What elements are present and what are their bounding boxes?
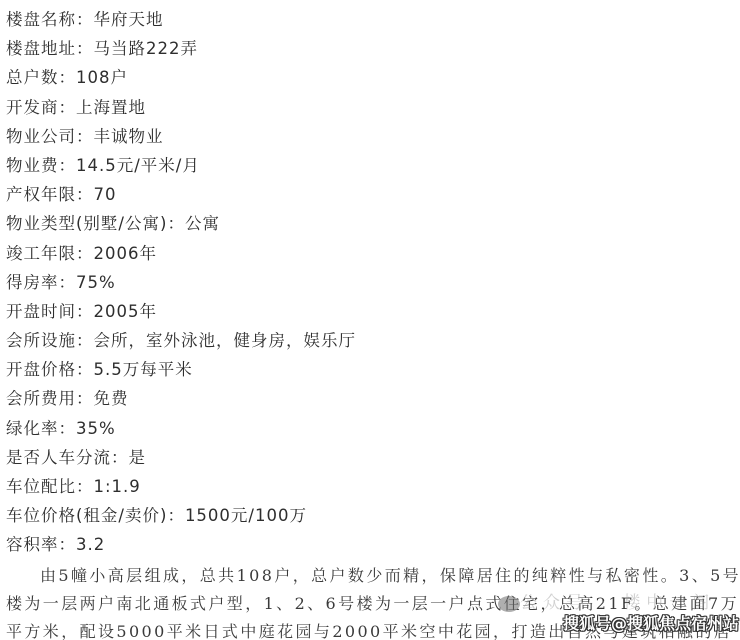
info-row-plot-ratio: 容积率3.2: [6, 530, 356, 559]
description-paragraph: 由5幢小高层组成，总共108户，总户数少而精，保障居住的纯粹性与私密性。3、5号…: [6, 562, 726, 640]
info-label: 楼盘地址: [6, 39, 94, 58]
info-label: 车位价格(租金/卖价): [6, 506, 185, 525]
info-row-clubhouse-fee: 会所费用免费: [6, 384, 356, 413]
info-row-parking-price: 车位价格(租金/卖价)1500元/100万: [6, 501, 356, 530]
info-row-developer: 开发商上海置地: [6, 93, 356, 122]
info-value: 公寓: [185, 214, 220, 233]
info-row-launch-price: 开盘价格5.5万每平米: [6, 355, 356, 384]
info-label: 产权年限: [6, 185, 94, 204]
info-row-property-type: 物业类型(别墅/公寓)公寓: [6, 209, 356, 238]
info-value: 3.2: [76, 535, 105, 554]
info-value: 免费: [94, 389, 129, 408]
info-value: 2006年: [94, 244, 158, 263]
info-label: 物业公司: [6, 127, 94, 146]
info-label: 物业类型(别墅/公寓): [6, 214, 185, 233]
info-row-property-fee: 物业费14.5元/平米/月: [6, 151, 356, 180]
info-row-households: 总户数108户: [6, 63, 356, 92]
description-line: 由5幢小高层组成，总共108户，总户数少而精，保障居住的纯粹性与私密性。3、5号: [6, 562, 726, 590]
info-row-efficiency: 得房率75%: [6, 268, 356, 297]
info-row-tenure: 产权年限70: [6, 180, 356, 209]
info-row-name: 楼盘名称华府天地: [6, 5, 356, 34]
info-value: 14.5元/平米/月: [76, 156, 200, 175]
info-label: 会所设施: [6, 331, 94, 350]
info-value: 2005年: [94, 302, 158, 321]
info-value: 70: [94, 185, 117, 204]
info-row-property-company: 物业公司丰诚物业: [6, 122, 356, 151]
info-row-clubhouse: 会所设施会所，室外泳池，健身房，娱乐厅: [6, 326, 356, 355]
description-line: 平方米，配设5000平米日式中庭花园与2000平米空中花园，打造出自然与建筑相融…: [6, 618, 726, 640]
info-label: 开发商: [6, 98, 76, 117]
info-label: 竣工年限: [6, 244, 94, 263]
info-row-parking-ratio: 车位配比1:1.9: [6, 472, 356, 501]
info-label: 容积率: [6, 535, 76, 554]
info-value: 1500元/100万: [185, 506, 307, 525]
info-value: 5.5万每平米: [94, 360, 193, 379]
info-row-green-ratio: 绿化率35%: [6, 414, 356, 443]
info-label: 绿化率: [6, 419, 76, 438]
info-value: 1:1.9: [94, 477, 141, 496]
info-label: 是否人车分流: [6, 448, 129, 467]
info-value: 是: [129, 448, 147, 467]
description-line: 楼为一层两户南北通板式户型，1、2、6号楼为一层一户点式住宅，总高21F。总建面…: [6, 590, 726, 618]
info-row-launch-time: 开盘时间2005年: [6, 297, 356, 326]
info-value: 35%: [76, 419, 116, 438]
watermark-logo-icon: [498, 596, 520, 612]
info-row-address: 楼盘地址马当路222弄: [6, 34, 356, 63]
info-label: 楼盘名称: [6, 10, 94, 29]
info-label: 物业费: [6, 156, 76, 175]
info-value: 上海置地: [76, 98, 146, 117]
info-value: 华府天地: [94, 10, 164, 29]
info-value: 丰诚物业: [94, 127, 164, 146]
info-label: 开盘时间: [6, 302, 94, 321]
info-value: 108户: [76, 68, 128, 87]
info-row-pedestrian-vehicle: 是否人车分流是: [6, 443, 356, 472]
info-label: 总户数: [6, 68, 76, 87]
info-label: 开盘价格: [6, 360, 94, 379]
property-info-list: 楼盘名称华府天地 楼盘地址马当路222弄 总户数108户 开发商上海置地 物业公…: [6, 5, 356, 560]
info-label: 车位配比: [6, 477, 94, 496]
info-label: 得房率: [6, 273, 76, 292]
info-label: 会所费用: [6, 389, 94, 408]
info-value: 75%: [76, 273, 116, 292]
info-row-completion: 竣工年限2006年: [6, 239, 356, 268]
info-value: 马当路222弄: [94, 39, 199, 58]
info-value: 会所，室外泳池，健身房，娱乐厅: [94, 331, 357, 350]
